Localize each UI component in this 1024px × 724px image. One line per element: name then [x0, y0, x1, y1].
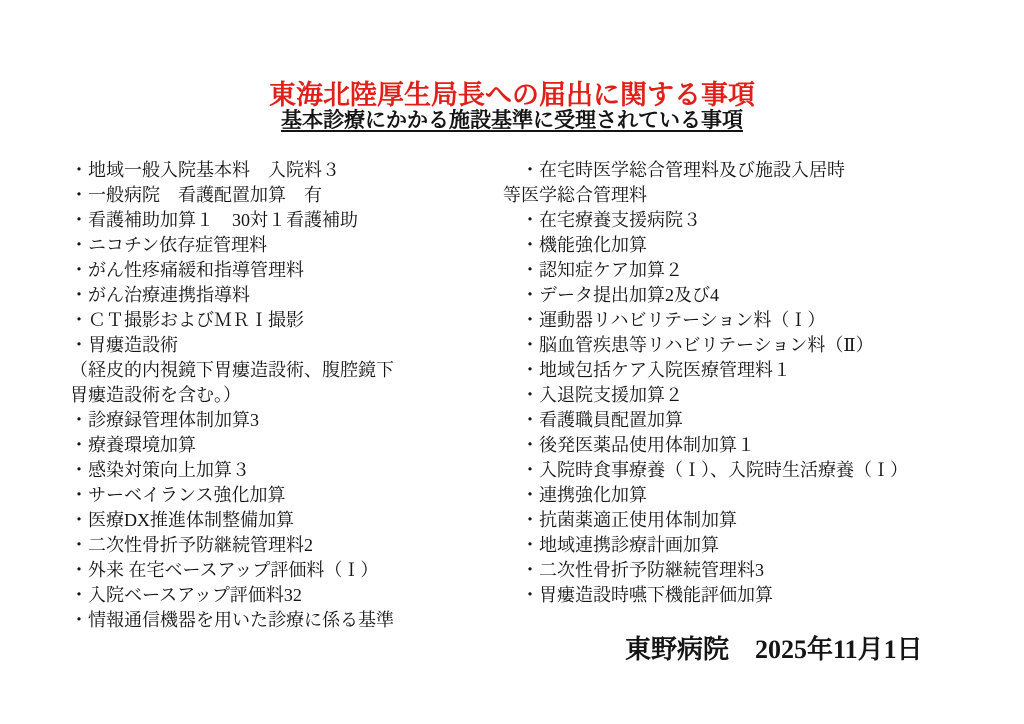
list-item: ・在宅療養支援病院３ [503, 208, 953, 233]
footer-signature: 東野病院 2025年11月1日 [625, 629, 923, 666]
list-item: ・ＣＴ撮影およびＭＲＩ撮影 [70, 308, 500, 333]
list-item: （経皮的内視鏡下胃瘻造設術、腹腔鏡下 [70, 358, 500, 383]
item-list-right-column: ・在宅時医学総合管理料及び施設入居時等医学総合管理料 ・在宅療養支援病院３ ・機… [503, 158, 953, 608]
list-item: ・抗菌薬適正使用体制加算 [503, 508, 953, 533]
list-item: ・胃瘻造設術 [70, 333, 500, 358]
list-item: ・運動器リハビリテーション料（Ｉ） [503, 308, 953, 333]
page-subtitle: 基本診療にかかる施設基準に受理されている事項 [0, 104, 1024, 134]
list-item: ・地域包括ケア入院医療管理料１ [503, 358, 953, 383]
list-item: ・ニコチン依存症管理料 [70, 233, 500, 258]
list-item: ・データ提出加算2及び4 [503, 283, 953, 308]
list-item: ・診療録管理体制加算3 [70, 408, 500, 433]
list-item: ・機能強化加算 [503, 233, 953, 258]
list-item: ・地域一般入院基本料 入院料３ [70, 158, 500, 183]
list-item: ・後発医薬品使用体制加算１ [503, 433, 953, 458]
list-item: ・看護補助加算１ 30対１看護補助 [70, 208, 500, 233]
list-item: ・入退院支援加算２ [503, 383, 953, 408]
list-item: ・入院時食事療養（Ｉ）、入院時生活療養（Ｉ） [503, 458, 953, 483]
list-item: ・連携強化加算 [503, 483, 953, 508]
list-item: ・サーベイランス強化加算 [70, 483, 500, 508]
list-item: ・認知症ケア加算２ [503, 258, 953, 283]
document-page: 東海北陸厚生局長への届出に関する事項 基本診療にかかる施設基準に受理されている事… [0, 0, 1024, 724]
list-item: ・地域連携診療計画加算 [503, 533, 953, 558]
list-item: ・看護職員配置加算 [503, 408, 953, 433]
list-item: ・情報通信機器を用いた診療に係る基準 [70, 608, 500, 633]
list-item: ・二次性骨折予防継続管理料2 [70, 533, 500, 558]
list-item: ・二次性骨折予防継続管理料3 [503, 558, 953, 583]
item-list-left-column: ・地域一般入院基本料 入院料３・一般病院 看護配置加算 有・看護補助加算１ 30… [70, 158, 500, 633]
list-item: ・外来 在宅ベースアップ評価料（Ｉ） [70, 558, 500, 583]
list-item: ・脳血管疾患等リハビリテーション料（Ⅱ） [503, 333, 953, 358]
list-item: 胃瘻造設術を含む。） [70, 383, 500, 408]
list-item: ・入院ベースアップ評価料32 [70, 583, 500, 608]
list-item: ・医療DX推進体制整備加算 [70, 508, 500, 533]
list-item: ・胃瘻造設時嚥下機能評価加算 [503, 583, 953, 608]
list-item: ・在宅時医学総合管理料及び施設入居時 [503, 158, 953, 183]
list-item: 等医学総合管理料 [503, 183, 953, 208]
list-item: ・がん性疼痛緩和指導管理料 [70, 258, 500, 283]
list-item: ・療養環境加算 [70, 433, 500, 458]
list-item: ・感染対策向上加算３ [70, 458, 500, 483]
list-item: ・一般病院 看護配置加算 有 [70, 183, 500, 208]
list-item: ・がん治療連携指導料 [70, 283, 500, 308]
